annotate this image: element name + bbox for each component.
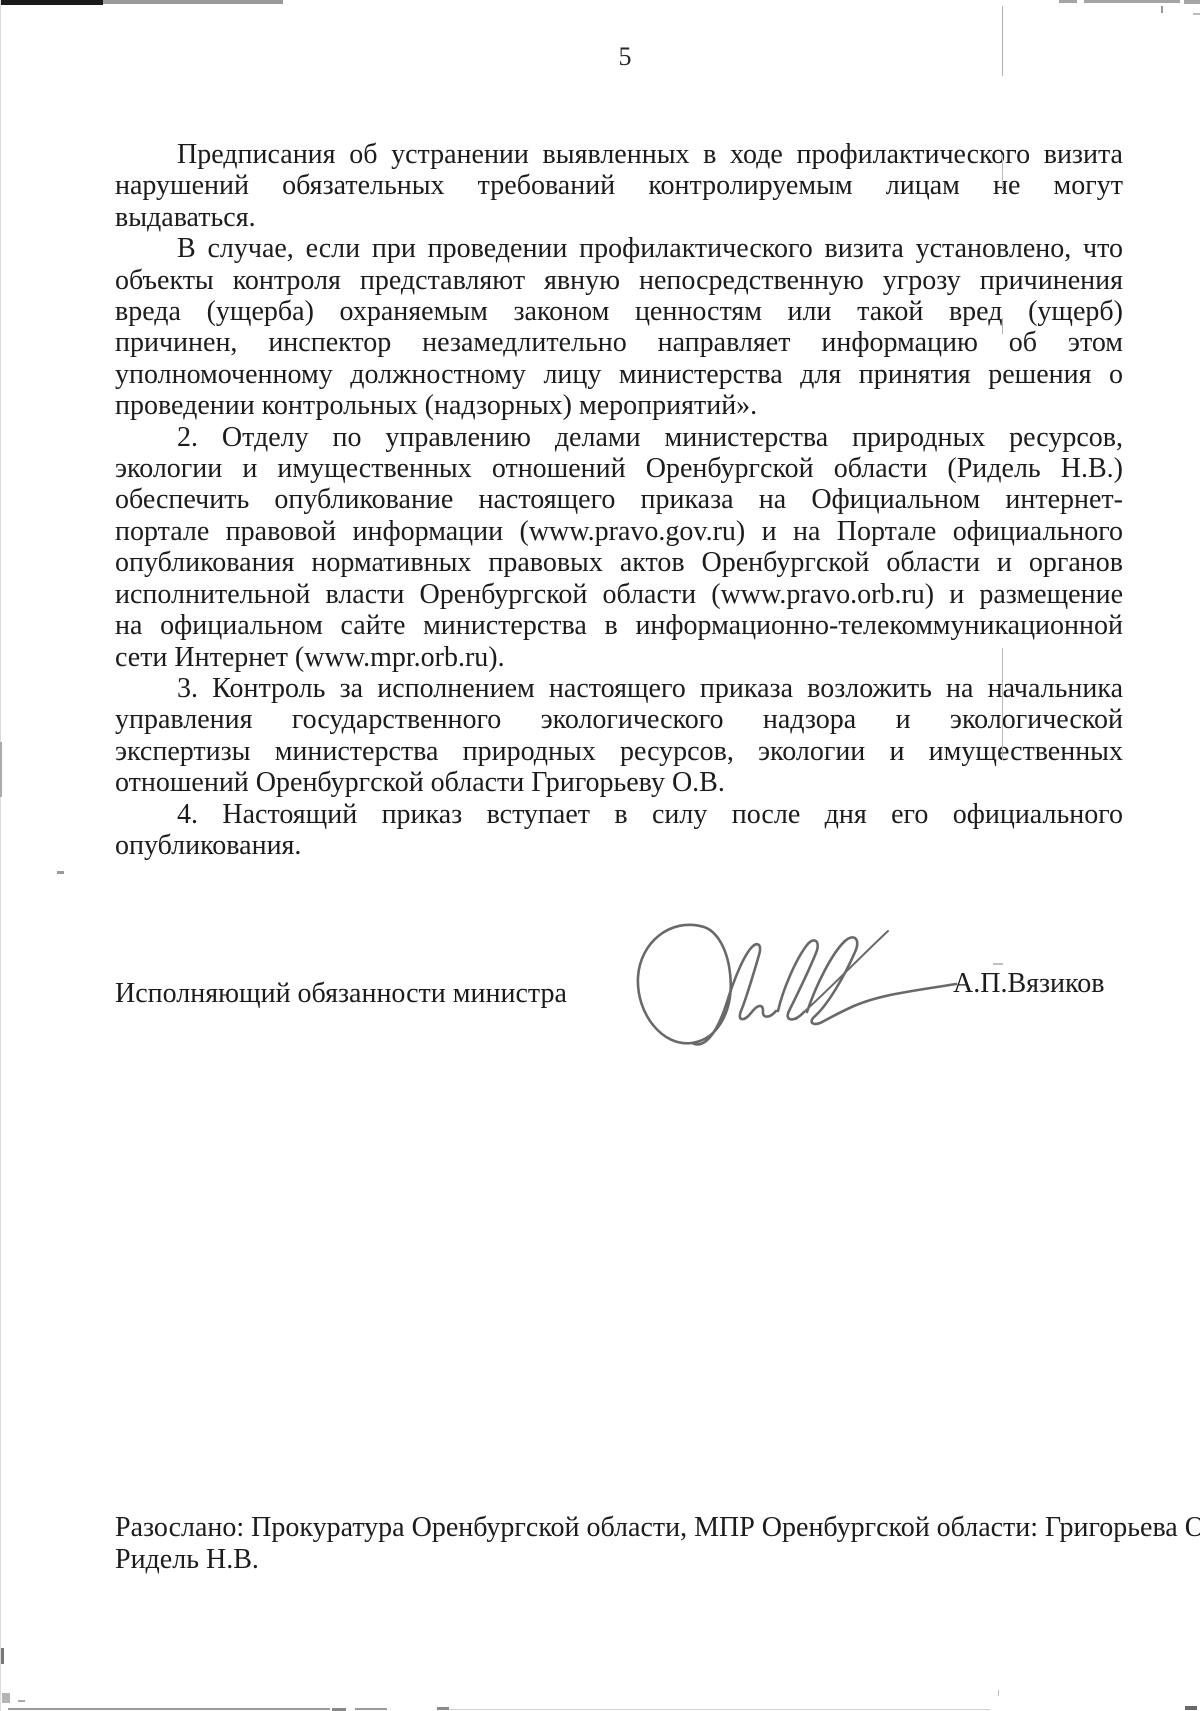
scan-artifact-vline-4 (1002, 648, 1003, 760)
signatory-name: А.П.Вязиков (953, 968, 1104, 1000)
scan-artifact-top-left-bar (0, 0, 103, 5)
scan-artifact-top-left-gray (103, 0, 283, 4)
document-body: Предписания об устранении выявленных в х… (115, 139, 1123, 861)
scan-artifact-top-right-seg1 (1059, 0, 1077, 3)
document-page: 5 Предписания об устранении выявленных в… (0, 0, 1200, 1711)
scan-artifact-left-edge (0, 0, 1, 1711)
scan-artifact-bottom-seg4 (437, 1707, 449, 1710)
scan-artifact-left-seg1 (0, 742, 2, 797)
scan-artifact-vline-2 (1002, 155, 1003, 190)
body-line: 3. Контроль за исполнением настоящего пр… (115, 673, 1123, 704)
body-line: опубликования. (115, 830, 1123, 861)
body-line: Предписания об устранении выявленных в х… (115, 139, 1123, 170)
scan-artifact-bottom-faint (450, 1709, 990, 1710)
scan-artifact-name-dash (993, 963, 1003, 965)
body-line: объекты контроля представляют явную непо… (115, 265, 1123, 296)
scan-artifact-bottom-line1 (8, 1708, 330, 1710)
body-line: В случае, если при проведении профилакти… (115, 233, 1123, 264)
body-line: исполнительной власти Оренбургской облас… (115, 579, 1123, 610)
scan-artifact-bottom-tick (998, 1690, 999, 1696)
scan-artifact-top-right-seg2 (1084, 0, 1180, 3)
signatory-title: Исполняющий обязанности министра (115, 978, 567, 1010)
scan-artifact-bottom-right (1185, 1706, 1197, 1710)
body-line: экспертизы министерства природных ресурс… (115, 736, 1123, 767)
body-line: нарушений обязательных требований контро… (115, 170, 1123, 201)
body-line: портале правовой информации (www.pravo.g… (115, 516, 1123, 547)
body-line: опубликования нормативных правовых актов… (115, 547, 1123, 578)
scan-artifact-top-right-seg3 (1184, 0, 1200, 4)
distribution-line: Ридель Н.В. (115, 1544, 1145, 1576)
scan-artifact-bottom-seg3 (355, 1708, 387, 1710)
scan-artifact-bottom-left-mark2 (18, 1700, 25, 1702)
scan-artifact-left-seg2 (1, 1648, 4, 1664)
page-number: 5 (560, 42, 690, 72)
body-line: на официальном сайте министерства в инфо… (115, 610, 1123, 641)
body-line: 2. Отделу по управлению делами министерс… (115, 422, 1123, 453)
distribution-line: Разослано: Прокуратура Оренбургской обла… (115, 1512, 1145, 1544)
body-line: выдаваться. (115, 202, 1123, 233)
handwritten-signature-icon (600, 915, 965, 1080)
scan-artifact-bottom-left-mark1 (2, 1693, 10, 1703)
body-line: обеспечить опубликование настоящего прик… (115, 484, 1123, 515)
body-line: причинен, инспектор незамедлительно напр… (115, 327, 1123, 358)
scan-artifact-vline-1 (1002, 6, 1003, 76)
body-line: проведении контрольных (надзорных) мероп… (115, 390, 1123, 421)
body-line: сети Интернет (www.mpr.orb.ru). (115, 642, 1123, 673)
body-line: уполномоченному должностному лицу минист… (115, 359, 1123, 390)
body-line: 4. Настоящий приказ вступает в силу посл… (115, 799, 1123, 830)
body-line: экологии и имущественных отношений Оренб… (115, 453, 1123, 484)
scan-artifact-top-right-tick (1161, 6, 1163, 13)
distribution-note: Разослано: Прокуратура Оренбургской обла… (115, 1512, 1145, 1576)
scan-artifact-left-dot (57, 871, 64, 874)
body-line: вреда (ущерба) охраняемым законом ценнос… (115, 296, 1123, 327)
body-line: управления государственного экологическо… (115, 704, 1123, 735)
scan-artifact-vline-3 (1002, 318, 1003, 334)
scan-artifact-top-right-dash (1193, 13, 1200, 15)
body-line: отношений Оренбургской области Григорьев… (115, 767, 1123, 798)
